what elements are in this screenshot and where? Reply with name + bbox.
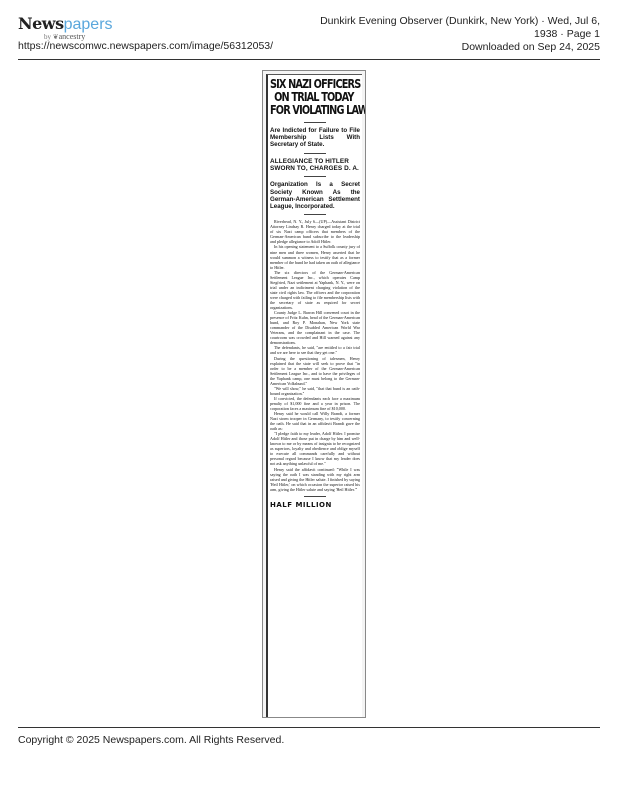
article-paragraph: "I pledge faith to my leader, Adolf Hitl… <box>270 431 360 466</box>
clipping-content: SIX NAZI OFFICERS ON TRIAL TODAY FOR VIO… <box>266 74 362 717</box>
source-citation: Dunkirk Evening Observer (Dunkirk, New Y… <box>300 15 600 41</box>
copyright-notice: Copyright © 2025 Newspapers.com. All Rig… <box>18 734 284 746</box>
logo-papers-text: papers <box>64 16 113 33</box>
subheadline: Organization Is a Secret Society Known A… <box>270 181 360 210</box>
article-paragraph: During the questioning of talesmen, Henr… <box>270 356 360 386</box>
logo-news-text: News <box>18 14 64 33</box>
divider <box>304 176 326 177</box>
article-paragraph: County Judge L. Barron Hill convened cou… <box>270 310 360 345</box>
divider <box>304 122 326 123</box>
logo-wordmark: Newspapers <box>18 16 113 33</box>
divider <box>304 214 326 215</box>
divider <box>304 496 326 497</box>
page-url[interactable]: https://newscomwc.newspapers.com/image/5… <box>18 40 273 52</box>
article-paragraph: The defendants, he said, "are entitled t… <box>270 345 360 355</box>
next-article-headline: HALF MILLION <box>270 501 360 509</box>
headline-line: FOR VIOLATING LAW <box>270 103 358 116</box>
article-paragraph: Henry said the affidavit continued: "Whi… <box>270 467 360 492</box>
source-info: Dunkirk Evening Observer (Dunkirk, New Y… <box>300 15 600 54</box>
article-paragraph: In his opening statement to a Suffolk co… <box>270 244 360 269</box>
article-paragraph: "We will show," he said, "that that bund… <box>270 386 360 396</box>
subheadline: Are Indicted for Failure to File Members… <box>270 127 360 149</box>
headline: SIX NAZI OFFICERS ON TRIAL TODAY FOR VIO… <box>270 75 360 118</box>
article-paragraph: Riverhead, N. Y., July 6—(UP)—Assistant … <box>270 219 360 244</box>
subheadline: ALLEGIANCE TO HITLER SWORN TO, CHARGES D… <box>270 158 360 173</box>
newspapers-logo[interactable]: Newspapers by ❦ancestry <box>18 16 113 41</box>
footer-divider <box>18 727 600 728</box>
article-paragraph: The six directors of the German-American… <box>270 270 360 310</box>
header-divider <box>18 59 600 60</box>
article-paragraph: Henry said he would call Willy Brandt, a… <box>270 411 360 431</box>
divider <box>304 153 326 154</box>
article-paragraph: If convicted, the defendants each face a… <box>270 396 360 411</box>
download-date: Downloaded on Sep 24, 2025 <box>300 41 600 54</box>
newspaper-clipping: SIX NAZI OFFICERS ON TRIAL TODAY FOR VIO… <box>262 70 366 718</box>
